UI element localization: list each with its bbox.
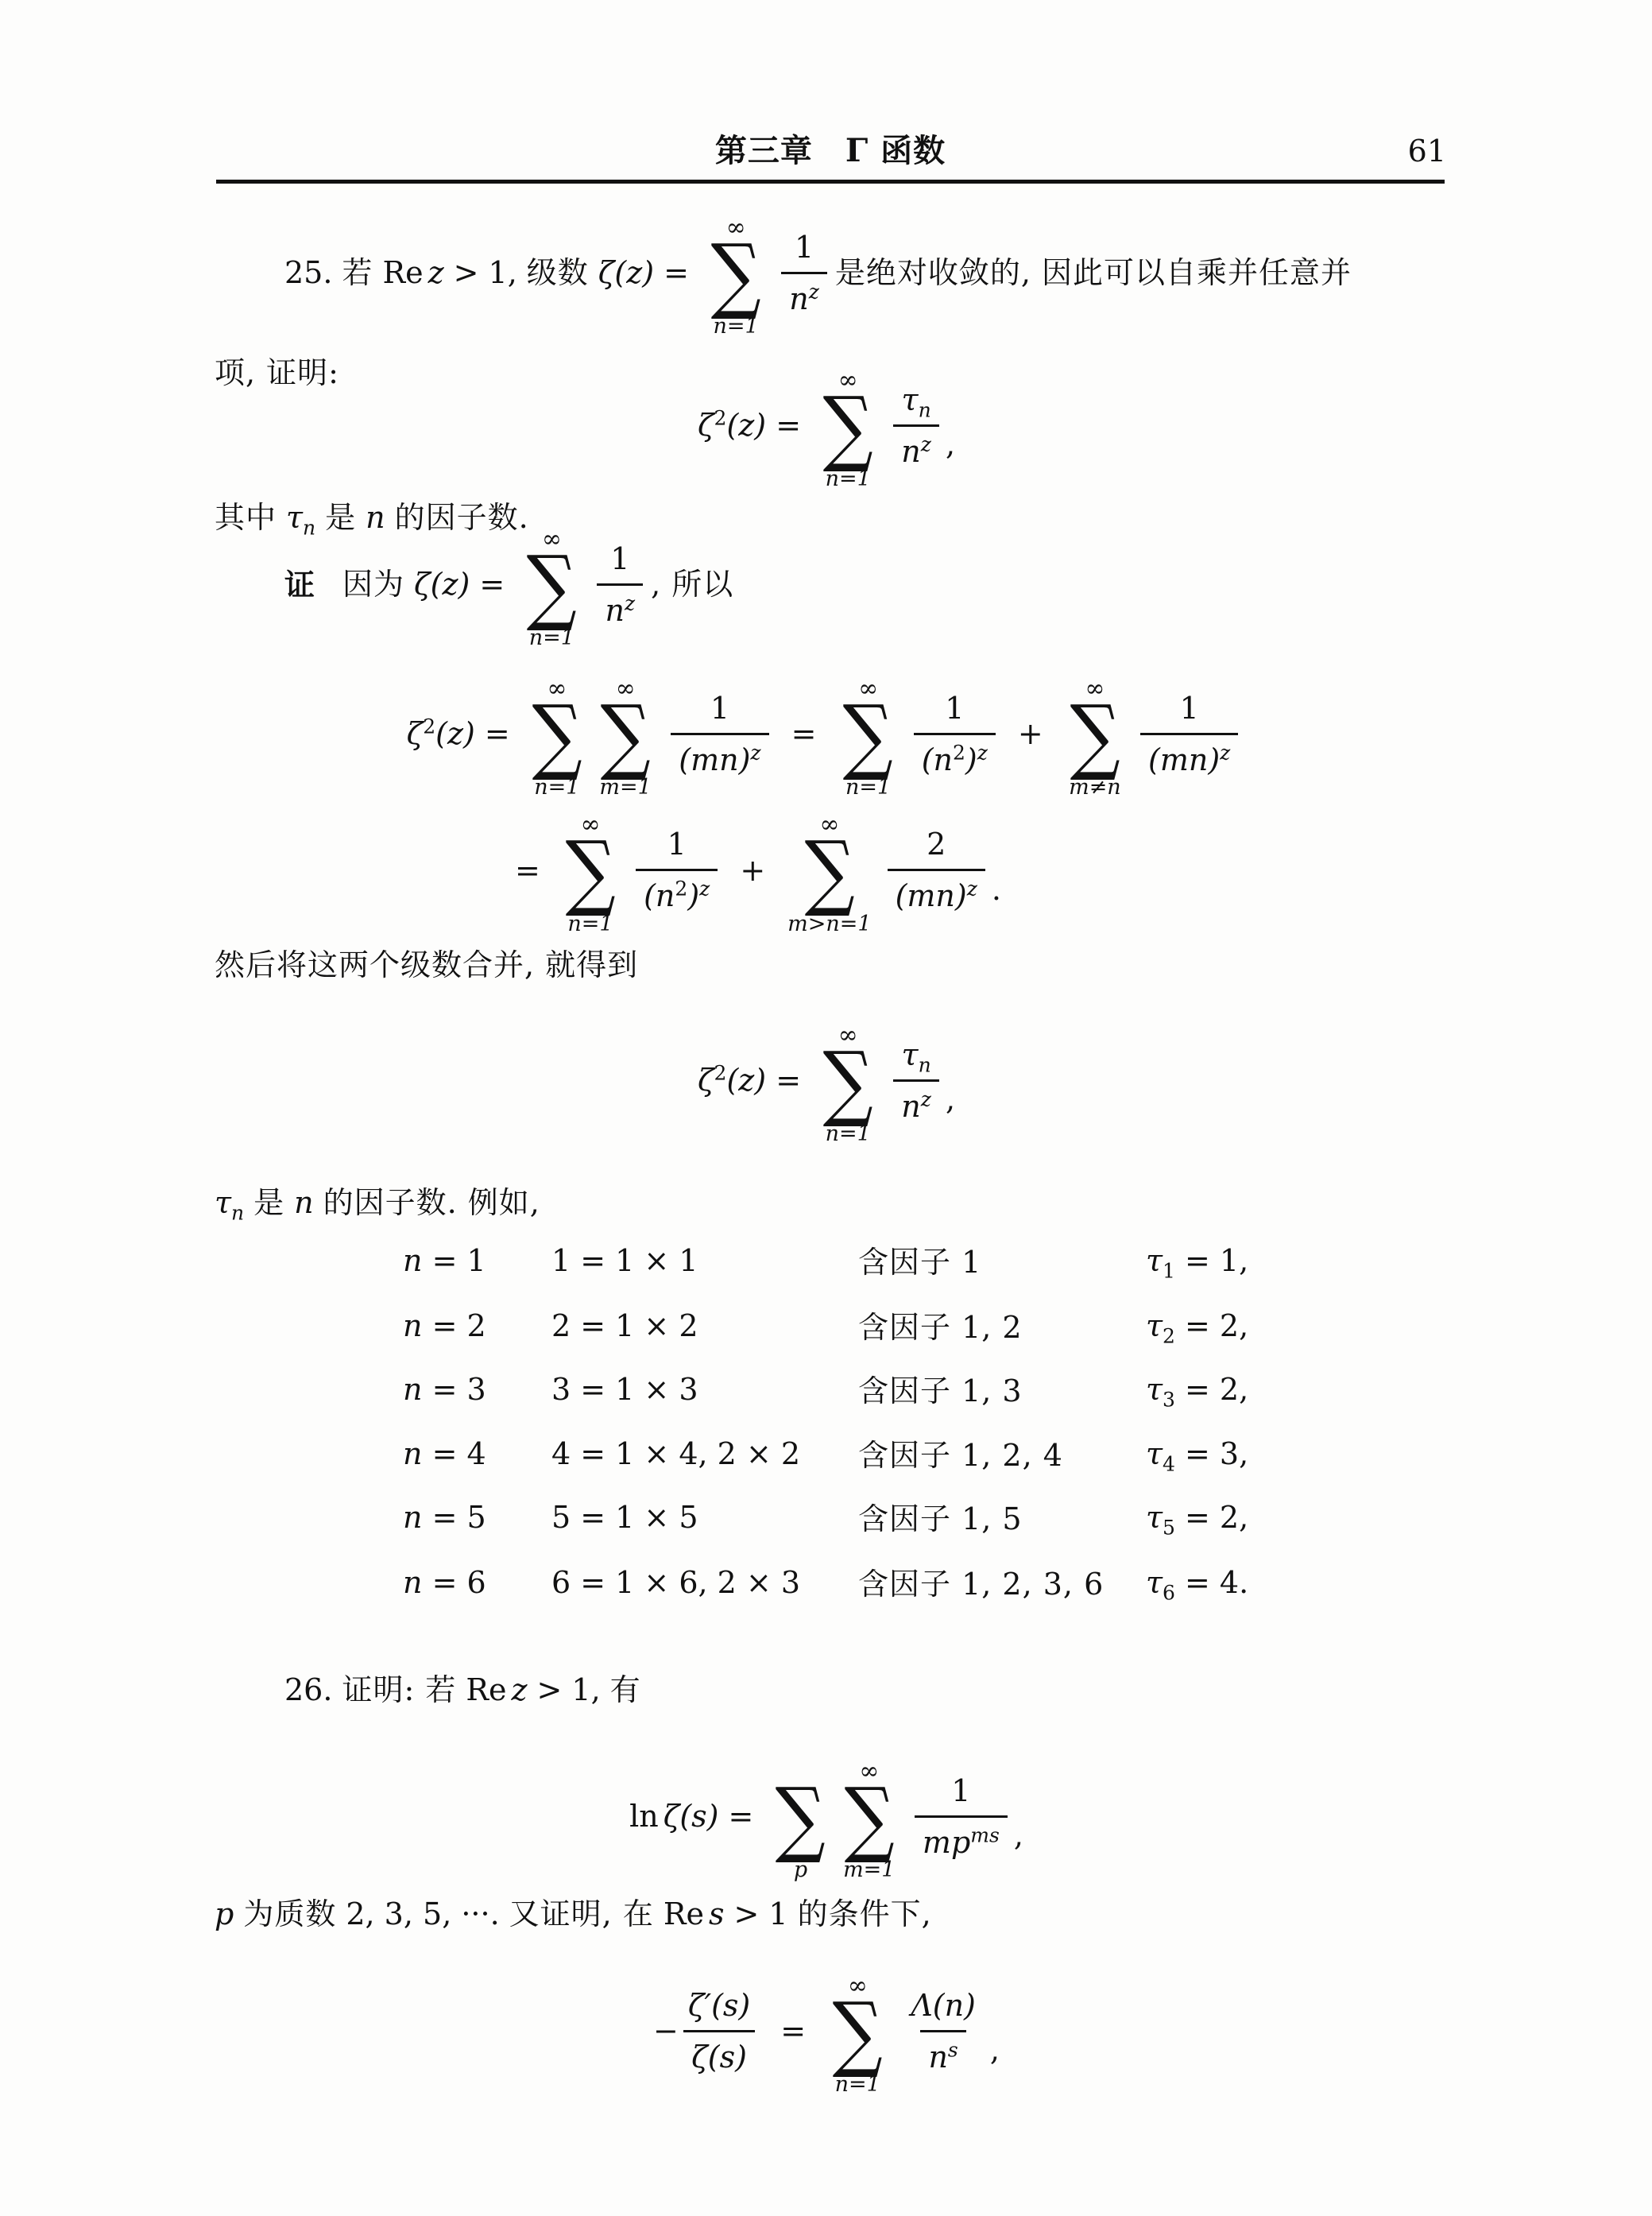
tau-symbol: τ — [1146, 1436, 1163, 1471]
cell-tau: τ5 = 2, — [1146, 1500, 1248, 1536]
cell-tau: τ4 = 3, — [1146, 1436, 1248, 1473]
tau-symbol: τ — [1146, 1372, 1163, 1407]
cell-n: n = 4 — [403, 1436, 486, 1473]
cell-factorization: 5 = 1 × 5 — [551, 1500, 698, 1536]
cell-n: n = 1 — [403, 1243, 486, 1280]
math-token: n — [403, 1372, 422, 1407]
fraction-numerator: Λ(n) — [903, 1988, 984, 2030]
exponent: z — [750, 741, 760, 764]
summation: ∞ ∑ n=1 — [522, 521, 581, 649]
math-token: ) — [965, 742, 977, 777]
text-run: 有 — [610, 1671, 641, 1710]
problem-25-intro-line1: 25. 若 Re z > 1, 级数 ζ(z) = ∞ ∑ n=1 1 nz 是… — [215, 209, 1454, 338]
math-token: ζ(z) = — [598, 255, 689, 292]
math-token: = 4. — [1175, 1565, 1248, 1600]
subscript: 4 — [1163, 1453, 1175, 1476]
cell-factors: 含因子 1, 2, 3, 6 — [858, 1565, 1104, 1604]
text-run: 级数 — [527, 254, 589, 292]
math-token: > 1, — [454, 255, 517, 292]
table-row-3: n = 3 3 = 1 × 3 含因子 1, 3 τ3 = 2, — [215, 1372, 1448, 1412]
fraction-denominator: ζ(s) — [683, 2030, 755, 2076]
sigma-glyph: ∑ — [711, 240, 761, 309]
text-run: 是绝对收敛的, 因此可以自乘并任意并 — [835, 254, 1352, 292]
zeta-symbol: ζ — [698, 408, 714, 443]
math-token: = 3, — [1175, 1436, 1248, 1471]
math-token: (z) = — [726, 408, 801, 443]
summation: ∞ ∑ n=1 — [818, 1017, 877, 1145]
fraction: 1 (mn)z — [1140, 691, 1238, 778]
paragraph-indent — [215, 1691, 284, 1691]
tau-symbol: τ — [1146, 1565, 1163, 1600]
math-token: ζ2(z) = — [407, 716, 520, 753]
sigma-glyph: ∑ — [823, 393, 873, 462]
cell-factors: 含因子 1, 2 — [858, 1308, 1023, 1347]
exponent: 2 — [953, 741, 965, 764]
tau-symbol: τ — [902, 382, 919, 417]
problem-number: 26. — [284, 1672, 332, 1709]
math-token: n — [605, 593, 624, 628]
math-token: z — [511, 1672, 527, 1709]
math-token: s — [709, 1896, 725, 1933]
zeta-symbol: ζ — [698, 1063, 714, 1098]
summation: ∞ ∑ m=1 — [596, 671, 655, 798]
fraction: τn nz — [893, 382, 939, 470]
exponent: z — [977, 741, 988, 764]
fraction: ζ′(s) ζ(s) — [680, 1988, 758, 2075]
math-token: (mn) — [896, 878, 967, 913]
text-run: 因为 — [342, 565, 404, 604]
math-token: ζ(s) = — [664, 1799, 754, 1835]
cell-tau: τ2 = 2, — [1146, 1308, 1248, 1345]
cell-tau: τ3 = 2, — [1146, 1372, 1248, 1408]
cell-factors: 含因子 1, 2, 4 — [858, 1436, 1063, 1475]
tau-symbol: τ — [215, 1185, 231, 1220]
summation: ∞ ∑ n=1 — [528, 671, 586, 798]
sigma-glyph: ∑ — [601, 701, 651, 770]
table-row-6: n = 6 6 = 1 × 6, 2 × 3 含因子 1, 2, 3, 6 τ6… — [215, 1565, 1448, 1605]
chapter-title: 第三章 Γ 函数 — [215, 130, 1446, 172]
paragraph-indent — [215, 273, 284, 274]
math-token: = 1 — [422, 1243, 486, 1278]
cell-factorization: 2 = 1 × 2 — [551, 1308, 698, 1345]
subscript: 3 — [1163, 1389, 1175, 1412]
summation: ∞ ∑ n=1 — [828, 1968, 887, 2095]
subscript: n — [919, 1054, 931, 1077]
comma: , — [946, 427, 955, 463]
comma: , — [946, 1082, 955, 1118]
math-token: = 4 — [422, 1436, 486, 1471]
table-row-5: n = 5 5 = 1 × 5 含因子 1, 5 τ5 = 2, — [215, 1500, 1448, 1540]
fraction-numerator: 1 — [937, 691, 972, 733]
sigma-glyph: ∑ — [844, 1784, 894, 1853]
math-token: = 5 — [422, 1500, 486, 1535]
subscript: 5 — [1163, 1517, 1175, 1540]
exponent: ms — [970, 1823, 1000, 1846]
tau-symbol: τ — [1146, 1308, 1163, 1343]
table-row-1: n = 1 1 = 1 × 1 含因子 1 τ1 = 1, — [215, 1243, 1448, 1283]
cell-n: n = 3 — [403, 1372, 486, 1408]
fraction-denominator: nz — [597, 583, 643, 630]
fraction-numerator: τn — [894, 382, 939, 424]
exponent: s — [948, 2038, 958, 2061]
fraction-denominator: mpms — [915, 1815, 1008, 1862]
document-page: 第三章 Γ 函数 61 25. 若 Re z > 1, 级数 ζ(z) = ∞ … — [0, 0, 1652, 2216]
math-token: (n — [644, 878, 675, 913]
problem-26-intro-line: 26. 证明: 若 Re z > 1, 有 — [215, 1668, 641, 1714]
fraction-numerator: 1 — [943, 1773, 978, 1815]
math-token: ζ(z) = — [414, 567, 505, 603]
math-token: n — [789, 281, 808, 316]
cell-factors: 含因子 1, 5 — [858, 1500, 1023, 1539]
fraction: 1 nz — [781, 230, 827, 317]
summation: ∞ ∑ n=1 — [818, 362, 877, 490]
cell-factorization: 6 = 1 × 6, 2 × 3 — [551, 1565, 800, 1602]
plus-sign: + — [1018, 716, 1043, 753]
cell-tau: τ1 = 1, — [1146, 1243, 1248, 1280]
math-token: (z) = — [435, 716, 510, 751]
summation: ∞ ∑ n=1 — [561, 807, 620, 934]
sigma-glyph: ∑ — [1070, 701, 1120, 770]
math-token: ln — [629, 1799, 659, 1835]
fraction-denominator: (mn)z — [671, 733, 768, 779]
subscript: 6 — [1163, 1582, 1175, 1605]
fraction-numerator: 1 — [1172, 691, 1207, 733]
sigma-glyph: ∑ — [833, 1998, 883, 2067]
fraction-denominator: (mn)z — [1140, 733, 1238, 779]
cell-factors: 含因子 1 — [858, 1243, 981, 1282]
equals-sign: = — [515, 853, 540, 889]
fraction: 1 nz — [597, 541, 643, 629]
math-token: Re — [466, 1672, 506, 1709]
summation: ∑ p — [771, 1753, 830, 1881]
sigma-glyph: ∑ — [804, 837, 854, 906]
math-token: = 2 — [422, 1308, 486, 1343]
table-row-2: n = 2 2 = 1 × 2 含因子 1, 2 τ2 = 2, — [215, 1308, 1448, 1348]
text-run: 又证明, 在 — [509, 1895, 654, 1934]
tau-symbol: τ — [902, 1037, 919, 1072]
math-token: n — [294, 1185, 313, 1222]
header-rule — [216, 180, 1445, 184]
exponent: z — [699, 877, 710, 900]
display-formula-log-derivative: − ζ′(s) ζ(s) = ∞ ∑ n=1 Λ(n) ns , — [210, 1955, 1443, 2108]
math-token: ) — [687, 878, 699, 913]
display-formula-ln-zeta: ln ζ(s) = ∑ p ∞ ∑ m=1 1 mpms , — [210, 1750, 1443, 1884]
math-token: (n — [922, 742, 953, 777]
fraction-numerator: 1 — [602, 541, 637, 583]
math-token: n — [901, 1089, 920, 1124]
cell-factors: 含因子 1, 3 — [858, 1372, 1023, 1411]
cell-n: n = 2 — [403, 1308, 486, 1345]
fraction-numerator: τn — [894, 1037, 939, 1079]
zeta-symbol: ζ — [407, 716, 424, 751]
fraction: 1 (n2)z — [636, 827, 718, 914]
display-formula-expansion-line1: ζ2(z) = ∞ ∑ n=1 ∞ ∑ m=1 1 (mn)z = ∞ ∑ n=… — [210, 668, 1443, 801]
math-token: > 1 — [733, 1896, 787, 1933]
period: . — [992, 872, 1001, 908]
fraction-denominator: ns — [920, 2030, 965, 2076]
sigma-glyph: ∑ — [565, 837, 615, 906]
text-run: 是 — [253, 1184, 284, 1222]
cell-factorization: 4 = 1 × 4, 2 × 2 — [551, 1436, 800, 1473]
fraction-numerator: 1 — [787, 230, 822, 272]
summation: ∞ ∑ n=1 — [706, 210, 765, 337]
cell-n: n = 5 — [403, 1500, 486, 1536]
text-run: , 所以 — [651, 565, 733, 604]
text-run: 若 — [342, 254, 373, 292]
fraction: 1 (mn)z — [671, 691, 768, 778]
math-token: n — [403, 1308, 422, 1343]
math-token: Re — [664, 1896, 704, 1933]
exponent: z — [625, 591, 635, 614]
math-token: n — [901, 434, 920, 469]
math-token: = 2, — [1175, 1500, 1248, 1535]
problem-number: 25. — [284, 255, 332, 292]
fraction-numerator: 2 — [919, 827, 954, 869]
math-token: τn — [215, 1185, 244, 1222]
sigma-glyph: ∑ — [843, 701, 893, 770]
text-run: 证明: 若 — [342, 1671, 456, 1710]
math-token: n — [403, 1243, 422, 1278]
sigma-glyph: ∑ — [532, 701, 582, 770]
page-number: 61 — [1311, 134, 1446, 170]
math-token: = 3 — [422, 1372, 486, 1407]
subscript: n — [231, 1202, 244, 1225]
math-token: n — [403, 1565, 422, 1600]
exponent: z — [921, 1087, 931, 1110]
proof-start-line: 证 因为 ζ(z) = ∞ ∑ n=1 1 nz , 所以 — [215, 521, 733, 649]
fraction-denominator: nz — [893, 424, 939, 471]
math-token: ζ2(z) = — [698, 408, 811, 444]
math-token: ζ2(z) = — [698, 1063, 811, 1099]
exponent: 2 — [714, 407, 727, 430]
fraction: 2 (mn)z — [888, 827, 985, 914]
sigma-glyph: ∑ — [776, 1784, 826, 1853]
fraction-denominator: (mn)z — [888, 869, 985, 915]
math-token: = 2, — [1175, 1308, 1248, 1343]
fraction-denominator: (n2)z — [914, 733, 996, 779]
display-formula-zeta2-tau-final: ζ2(z) = ∞ ∑ n=1 τn nz , — [210, 1021, 1443, 1141]
summation: ∞ ∑ m=1 — [840, 1753, 899, 1881]
fraction-denominator: nz — [893, 1079, 939, 1125]
summation: ∞ ∑ m>n=1 — [787, 807, 871, 934]
comma: , — [1014, 1818, 1023, 1854]
summation: ∞ ∑ n=1 — [838, 671, 897, 798]
note-tau-examples-intro: τn 是 n 的因子数. 例如, — [215, 1181, 540, 1226]
math-token: p — [215, 1896, 234, 1933]
text-run: 的因子数. 例如, — [323, 1184, 540, 1222]
text-run: 为质数 — [243, 1895, 336, 1934]
exponent: 2 — [423, 715, 435, 738]
sigma-glyph: ∑ — [823, 1048, 873, 1117]
subscript: n — [919, 399, 931, 422]
fraction-numerator: 1 — [660, 827, 694, 869]
display-formula-zeta2-tau: ζ2(z) = ∞ ∑ n=1 τn nz , — [210, 366, 1443, 486]
math-token: z — [428, 255, 444, 292]
plus-sign: + — [740, 853, 765, 889]
note-combine-series: 然后将这两个级数合并, 就得到 — [215, 946, 638, 985]
math-token: (z) = — [726, 1063, 801, 1098]
display-formula-expansion-line2: = ∞ ∑ n=1 1 (n2)z + ∞ ∑ m>n=1 2 (mn)z . — [515, 801, 1001, 940]
fraction: 1 mpms — [915, 1773, 1008, 1861]
fraction: 1 (n2)z — [914, 691, 996, 778]
math-token: = 1, — [1175, 1243, 1248, 1278]
exponent: z — [967, 877, 977, 900]
math-token: = 2, — [1175, 1372, 1248, 1407]
cell-tau: τ6 = 4. — [1146, 1565, 1248, 1602]
equals-sign: = — [791, 716, 817, 753]
cell-factorization: 1 = 1 × 1 — [551, 1243, 698, 1280]
minus-sign: − — [653, 2013, 679, 2050]
cell-n: n = 6 — [403, 1565, 486, 1602]
math-token: (mn) — [1148, 742, 1220, 777]
sigma-glyph: ∑ — [527, 552, 577, 621]
proof-marker: 证 — [284, 565, 315, 604]
cell-factorization: 3 = 1 × 3 — [551, 1372, 698, 1408]
math-token: n — [403, 1500, 422, 1535]
fraction-denominator: nz — [781, 272, 827, 318]
math-token: Re — [382, 255, 423, 292]
math-token: mp — [923, 1825, 970, 1860]
subscript: 1 — [1163, 1260, 1175, 1283]
math-token: 2, 3, 5, ···. — [346, 1896, 499, 1933]
fraction-numerator: 1 — [702, 691, 737, 733]
equals-sign: = — [780, 2013, 806, 2050]
fraction: Λ(n) ns — [903, 1988, 984, 2075]
exponent: z — [809, 280, 819, 303]
fraction-numerator: ζ′(s) — [680, 1988, 758, 2030]
math-token: n — [403, 1436, 422, 1471]
math-token: (mn) — [679, 742, 750, 777]
text-run: 的条件下, — [798, 1895, 932, 1934]
math-token: = 6 — [422, 1565, 486, 1600]
exponent: 2 — [714, 1062, 727, 1085]
fraction-denominator: (n2)z — [636, 869, 718, 915]
tau-symbol: τ — [1146, 1243, 1163, 1278]
exponent: z — [921, 432, 931, 455]
exponent: 2 — [675, 877, 687, 900]
exponent: z — [1220, 741, 1230, 764]
summation: ∞ ∑ m≠n — [1066, 671, 1124, 798]
subscript: 2 — [1163, 1325, 1175, 1348]
math-token: n — [928, 2040, 947, 2075]
tau-symbol: τ — [1146, 1500, 1163, 1535]
note-primes-line: p 为质数 2, 3, 5, ···. 又证明, 在 Re s > 1 的条件下… — [215, 1892, 932, 1938]
comma: , — [990, 2032, 1000, 2069]
paragraph-indent — [215, 585, 284, 586]
table-row-4: n = 4 4 = 1 × 4, 2 × 2 含因子 1, 2, 4 τ4 = … — [215, 1436, 1448, 1476]
math-token: > 1, — [536, 1672, 600, 1709]
fraction: τn nz — [893, 1037, 939, 1125]
